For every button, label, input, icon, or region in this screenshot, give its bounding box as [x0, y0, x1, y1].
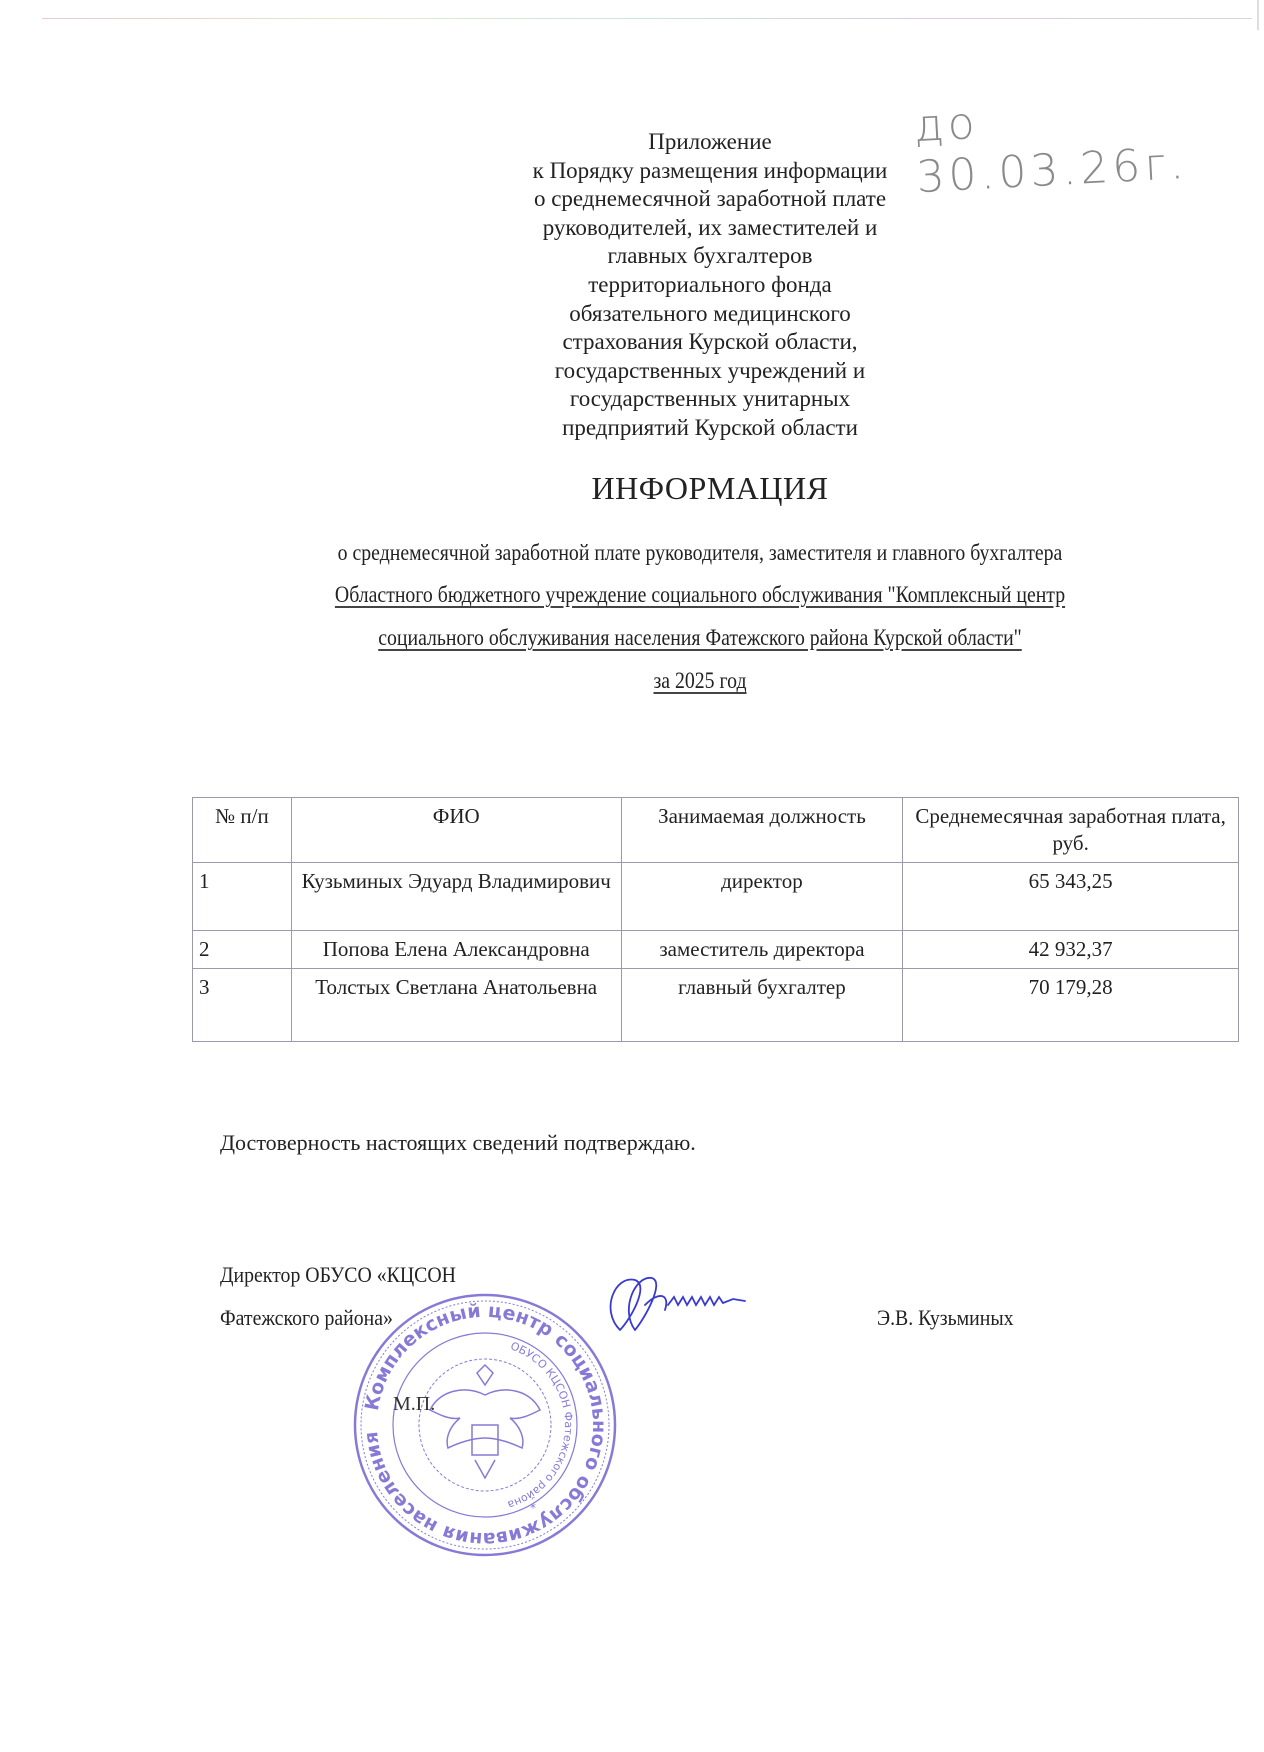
- cell-position: заместитель директора: [621, 931, 903, 969]
- salary-table: № п/п ФИО Занимаемая должность Среднемес…: [192, 797, 1239, 1042]
- header-number: № п/п: [193, 798, 292, 863]
- table-header-row: № п/п ФИО Занимаемая должность Среднемес…: [193, 798, 1239, 863]
- organization-name-text: Областного бюджетного учреждение социаль…: [335, 582, 1065, 607]
- cell-position: главный бухгалтер: [621, 969, 903, 1042]
- cell-salary: 42 932,37: [903, 931, 1239, 969]
- cell-name: Кузьминых Эдуард Владимирович: [291, 863, 621, 931]
- appendix-line: Приложение: [430, 128, 990, 157]
- scan-edge: [1257, 0, 1259, 30]
- header-position: Занимаемая должность: [621, 798, 903, 863]
- table-row: 3 Толстых Светлана Анатольевна главный б…: [193, 969, 1239, 1042]
- cell-name: Толстых Светлана Анатольевна: [291, 969, 621, 1042]
- period-text: за 2025 год: [653, 668, 746, 693]
- appendix-line: страхования Курской области,: [430, 328, 990, 357]
- cell-number: 3: [193, 969, 292, 1042]
- appendix-line: обязательного медицинского: [430, 300, 990, 329]
- official-stamp-icon: Комплексный центр социального обслуживан…: [350, 1290, 620, 1560]
- period-line: за 2025 год: [270, 668, 1130, 694]
- subtitle-line: о среднемесячной заработной плате руково…: [270, 540, 1130, 566]
- header-name: ФИО: [291, 798, 621, 863]
- appendix-line: предприятий Курской области: [430, 414, 990, 443]
- header-salary: Среднемесячная заработная плата, руб.: [903, 798, 1239, 863]
- svg-text:*: *: [530, 1501, 536, 1515]
- cell-number: 2: [193, 931, 292, 969]
- cell-position: директор: [621, 863, 903, 931]
- organization-name-line: Областного бюджетного учреждение социаль…: [270, 582, 1130, 608]
- appendix-line: главных бухгалтеров: [430, 242, 990, 271]
- appendix-line: государственных унитарных: [430, 385, 990, 414]
- cell-salary: 65 343,25: [903, 863, 1239, 931]
- appendix-line: руководителей, их заместителей и: [430, 214, 990, 243]
- signer-title: Директор ОБУСО «КЦСОН: [220, 1262, 456, 1288]
- cell-name: Попова Елена Александровна: [291, 931, 621, 969]
- signer-name: Э.В. Кузьминых: [877, 1305, 1014, 1331]
- appendix-line: к Порядку размещения информации: [430, 157, 990, 186]
- appendix-line: государственных учреждений и: [430, 357, 990, 386]
- document-title: ИНФОРМАЦИЯ: [430, 470, 990, 507]
- table-row: 1 Кузьминых Эдуард Владимирович директор…: [193, 863, 1239, 931]
- appendix-header: Приложение к Порядку размещения информац…: [430, 128, 990, 443]
- organization-name-line: социального обслуживания населения Фатеж…: [270, 625, 1130, 651]
- organization-name-text: социального обслуживания населения Фатеж…: [378, 625, 1022, 650]
- cell-number: 1: [193, 863, 292, 931]
- scan-edge: [42, 18, 1252, 19]
- seal-placeholder-label: М.П.: [393, 1393, 435, 1416]
- appendix-line: о среднемесячной заработной плате: [430, 185, 990, 214]
- confirmation-statement: Достоверность настоящих сведений подтвер…: [220, 1130, 696, 1156]
- appendix-line: территориального фонда: [430, 271, 990, 300]
- table-row: 2 Попова Елена Александровна заместитель…: [193, 931, 1239, 969]
- cell-salary: 70 179,28: [903, 969, 1239, 1042]
- handwritten-signature-icon: [590, 1270, 770, 1340]
